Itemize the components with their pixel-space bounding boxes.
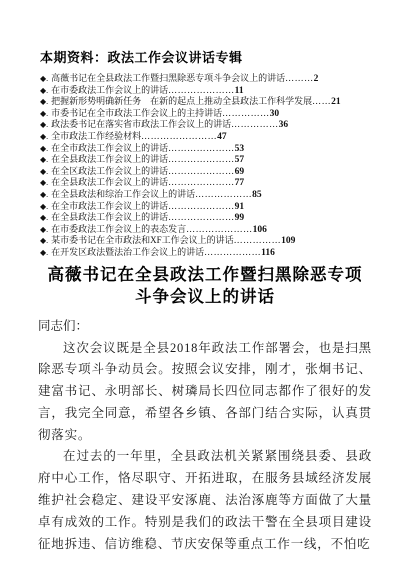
document-page: 本期资料：政法工作会议讲话专辑 ◆.高薇书记在全县政法工作暨扫黑除恶专项斗争会议… <box>0 0 410 580</box>
toc-list: ◆.高薇书记在全县政法工作暨扫黑除恶专项斗争会议上的讲话………2◆.在市委政法工… <box>40 73 372 259</box>
diamond-bullet-icon: ◆. <box>40 190 48 199</box>
toc-leader-dots: ………………… <box>168 177 235 187</box>
toc-item-title: 在全县政法和综治工作会议上的讲话 <box>51 189 195 199</box>
toc-leader-dots: …… <box>312 96 331 106</box>
toc-item-title: 在市委政法工作会议上的讲话 <box>51 85 168 95</box>
toc-leader-dots: ………………… <box>168 154 235 164</box>
article-title-line-1: 高薇书记在全县政法工作暨扫黑除恶专项 <box>48 266 363 284</box>
toc-item-title: 在全市政法工作会议上的讲话 <box>51 201 168 211</box>
toc-item: ◆.政法委书记在落实省市政法工作会议上的讲话……………36 <box>40 119 372 131</box>
toc-item-title: 全市政法工作经验材料 <box>51 131 141 141</box>
toc-leader-dots: ………………… <box>186 224 253 234</box>
diamond-bullet-icon: ◆. <box>40 225 48 234</box>
toc-page-number: 91 <box>235 202 245 212</box>
toc-item-title: 在全市政法工作会议上的讲话 <box>51 143 168 153</box>
diamond-bullet-icon: ◆. <box>40 213 48 222</box>
toc-item-title: 某市委书记在全市政法和XF工作会议上的讲话 <box>51 235 234 245</box>
diamond-bullet-icon: ◆. <box>40 202 48 211</box>
toc-item: ◆.在全县政法和综治工作会议上的讲话………………85 <box>40 189 372 201</box>
diamond-bullet-icon: ◆. <box>40 74 48 83</box>
toc-page-number: 69 <box>235 167 245 177</box>
diamond-bullet-icon: ◆. <box>40 167 48 176</box>
article-paragraph-2: 在过去的一年里，全县政法机关紧紧围绕县委、县政府中心工作，恪尽职守、开拓进取，在… <box>38 446 372 555</box>
toc-item: ◆.在全市政法工作会议上的讲话…………………53 <box>40 143 372 155</box>
toc-item-title: 在全县政法工作会议上的讲话 <box>51 212 168 222</box>
toc-leader-dots: …………… <box>234 235 282 245</box>
diamond-bullet-icon: ◆. <box>40 109 48 118</box>
diamond-bullet-icon: ◆. <box>40 132 48 141</box>
toc-page-number: 11 <box>235 86 244 96</box>
toc-item: ◆.在市委政法工作会议上的讲话…………………11 <box>40 85 372 97</box>
diamond-bullet-icon: ◆. <box>40 97 48 106</box>
toc-header: 本期资料：政法工作会议讲话专辑 <box>40 50 372 66</box>
toc-item: ◆.市委书记在全市政法工作会议上的主持讲话……………30 <box>40 108 372 120</box>
toc-item: ◆.高薇书记在全县政法工作暨扫黑除恶专项斗争会议上的讲话………2 <box>40 73 372 85</box>
toc-item: ◆.某市委书记在全市政法和XF工作会议上的讲话……………109 <box>40 235 372 247</box>
toc-item: ◆.全市政法工作经验材料……………………47 <box>40 131 372 143</box>
toc-leader-dots: ………………… <box>168 85 235 95</box>
toc-item-title: 把握新形势明确新任务 在新的起点上推动全县政法工作科学发展 <box>51 96 312 106</box>
toc-item-title: 政法委书记在落实省市政法工作会议上的讲话 <box>51 119 231 129</box>
toc-item: ◆.在全县政法工作会议上的讲话…………………57 <box>40 154 372 166</box>
toc-page-number: 36 <box>279 120 289 130</box>
toc-leader-dots: …………… <box>222 108 270 118</box>
toc-leader-dots: …………………… <box>141 131 217 141</box>
toc-page-number: 85 <box>252 190 262 200</box>
toc-item-title: 在开发区政法暨法治工作会议上的讲话 <box>51 247 204 257</box>
diamond-bullet-icon: ◆. <box>40 155 48 164</box>
diamond-bullet-icon: ◆. <box>40 120 48 129</box>
toc-page-number: 30 <box>270 109 280 119</box>
toc-page-number: 21 <box>331 97 341 107</box>
toc-leader-dots: ………………… <box>168 143 235 153</box>
toc-page-number: 53 <box>235 144 245 154</box>
toc-leader-dots: ………………… <box>168 166 235 176</box>
toc-leader-dots: ……………… <box>195 189 252 199</box>
toc-leader-dots: ……… <box>285 73 314 83</box>
toc-item: ◆.在全市政法工作会议上的讲话…………………91 <box>40 201 372 213</box>
toc-page-number: 106 <box>253 225 267 235</box>
diamond-bullet-icon: ◆. <box>40 144 48 153</box>
toc-item-title: 高薇书记在全县政法工作暨扫黑除恶专项斗争会议上的讲话 <box>51 73 285 83</box>
toc-item: ◆.把握新形势明确新任务 在新的起点上推动全县政法工作科学发展……21 <box>40 96 372 108</box>
toc-item-title: 在全县政法工作会议上的讲话 <box>51 154 168 164</box>
toc-page-number: 99 <box>235 213 245 223</box>
toc-item: ◆.在市委政法工作会议上的表态发言…………………106 <box>40 224 372 236</box>
diamond-bullet-icon: ◆. <box>40 86 48 95</box>
toc-item: ◆.在开发区政法暨法治工作会议上的讲话………………116 <box>40 247 372 259</box>
article-title: 高薇书记在全县政法工作暨扫黑除恶专项 斗争会议上的讲话 <box>38 264 372 308</box>
toc-page-number: 2 <box>314 74 319 84</box>
toc-item: ◆.在全县政法工作会议上的讲话…………………77 <box>40 177 372 189</box>
article-title-line-2: 斗争会议上的讲话 <box>135 288 275 306</box>
toc-page-number: 116 <box>261 248 275 258</box>
diamond-bullet-icon: ◆. <box>40 178 48 187</box>
article-paragraph-1: 这次会议既是全县2018年政法工作部署会，也是扫黑除恶专项斗争动员会。按照会议安… <box>38 338 372 447</box>
toc-page-number: 57 <box>235 155 245 165</box>
salutation: 同志们： <box>38 316 372 336</box>
toc-item-title: 在市委政法工作会议上的表态发言 <box>51 224 186 234</box>
toc-leader-dots: ………………… <box>168 201 235 211</box>
toc-leader-dots: …………… <box>231 119 279 129</box>
toc-item-title: 在全区政法工作会议上的讲话 <box>51 166 168 176</box>
toc-item: ◆.在全区政法工作会议上的讲话…………………69 <box>40 166 372 178</box>
diamond-bullet-icon: ◆. <box>40 236 48 245</box>
toc-page-number: 109 <box>281 236 295 246</box>
toc-page-number: 47 <box>217 132 227 142</box>
toc-item-title: 在全县政法工作会议上的讲话 <box>51 177 168 187</box>
toc-item: ◆.在全县政法工作会议上的讲话…………………99 <box>40 212 372 224</box>
toc-page-number: 77 <box>235 178 245 188</box>
diamond-bullet-icon: ◆. <box>40 248 48 257</box>
toc-leader-dots: ………………… <box>168 212 235 222</box>
toc-leader-dots: ……………… <box>204 247 261 257</box>
toc-item-title: 市委书记在全市政法工作会议上的主持讲话 <box>51 108 222 118</box>
